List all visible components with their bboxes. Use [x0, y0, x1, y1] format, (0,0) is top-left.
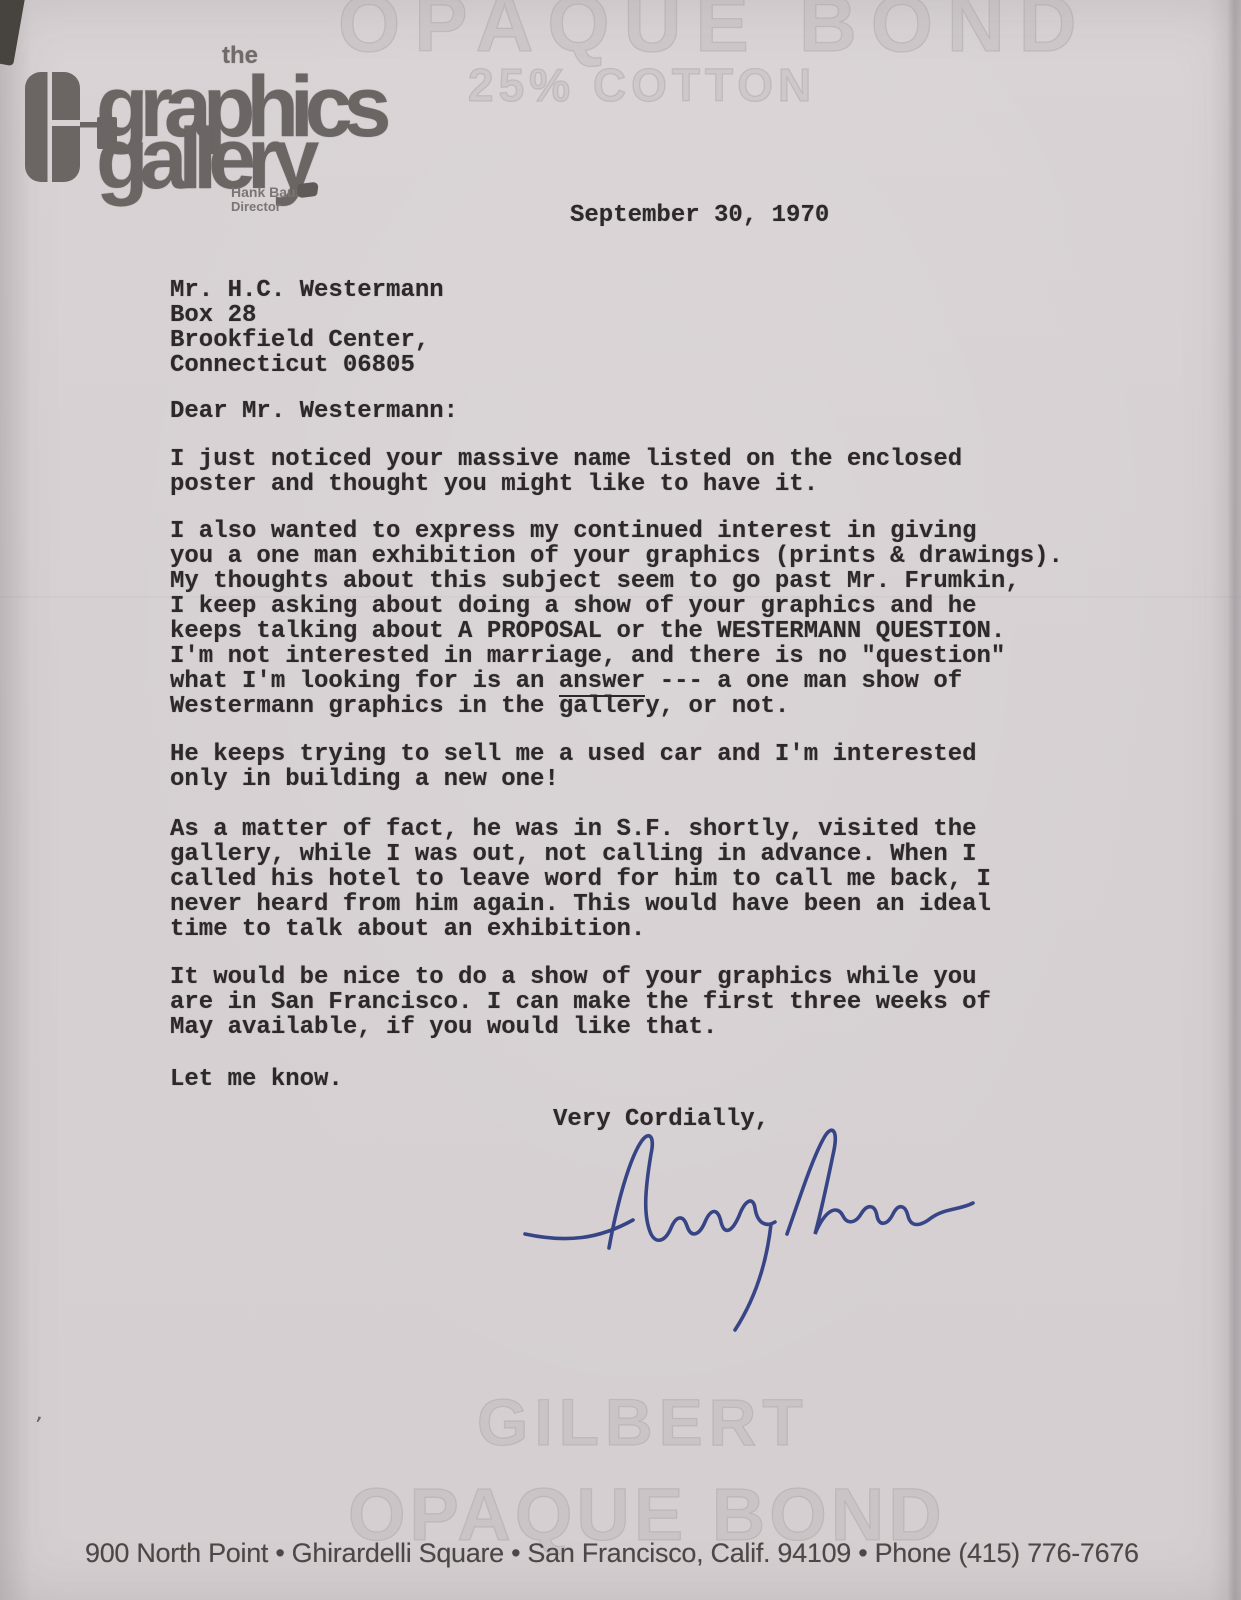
paragraph-5: It would be nice to do a show of your gr… [170, 965, 991, 1040]
sign-off-line: Let me know. [170, 1067, 343, 1092]
letterhead-director-title: Director [231, 199, 281, 214]
ink-speck: ’ [32, 1412, 43, 1441]
typed-line: what I'm looking for is an answer --- a … [170, 669, 1063, 694]
typed-line: time to talk about an exhibition. [170, 917, 991, 942]
typed-line: My thoughts about this subject seem to g… [170, 569, 1063, 594]
typed-line: I also wanted to express my continued in… [170, 519, 1063, 544]
paragraph-3: He keeps trying to sell me a used car an… [170, 742, 977, 792]
typed-line: gallery, while I was out, not calling in… [170, 842, 991, 867]
typed-line: keeps talking about A PROPOSAL or the WE… [170, 619, 1063, 644]
typed-line: I'm not interested in marriage, and ther… [170, 644, 1063, 669]
letter-page: OPAQUE BOND 25% COTTON GILBERT OPAQUE BO… [0, 0, 1241, 1600]
paragraph-2: I also wanted to express my continued in… [170, 519, 1063, 719]
recipient-address: Mr. H.C. WestermannBox 28Brookfield Cent… [170, 278, 444, 378]
typed-line: As a matter of fact, he was in S.F. shor… [170, 817, 991, 842]
typed-line: It would be nice to do a show of your gr… [170, 965, 991, 990]
footer-address: 900 North Point • Ghirardelli Square • S… [85, 1538, 1139, 1569]
scan-corner-artifact [0, 0, 27, 66]
salutation: Dear Mr. Westermann: [170, 399, 458, 424]
typed-line: Mr. H.C. Westermann [170, 278, 444, 303]
typed-line: never heard from him again. This would h… [170, 892, 991, 917]
watermark-cotton: 25% COTTON [468, 58, 816, 112]
paper-crease-horizontal [0, 596, 1241, 599]
typed-line: Brookfield Center, [170, 328, 444, 353]
letterhead-ink-blob [296, 182, 319, 199]
letter-date: September 30, 1970 [570, 203, 829, 228]
paragraph-1: I just noticed your massive name listed … [170, 447, 962, 497]
typed-line: I just noticed your massive name listed … [170, 447, 962, 472]
typed-line: are in San Francisco. I can make the fir… [170, 990, 991, 1015]
typed-line: May available, if you would like that. [170, 1015, 991, 1040]
typed-line: He keeps trying to sell me a used car an… [170, 742, 977, 767]
typed-line: called his hotel to leave word for him t… [170, 867, 991, 892]
paragraph-4: As a matter of fact, he was in S.F. shor… [170, 817, 991, 942]
typed-line: Box 28 [170, 303, 444, 328]
typed-line: only in building a new one! [170, 767, 977, 792]
watermark-gilbert: GILBERT [477, 1384, 809, 1460]
typed-line: poster and thought you might like to hav… [170, 472, 962, 497]
handwritten-signature [515, 1112, 985, 1337]
typed-line: you a one man exhibition of your graphic… [170, 544, 1063, 569]
typed-line: Connecticut 06805 [170, 353, 444, 378]
paper-crease-right [1227, 0, 1241, 1600]
typed-line: Westermann graphics in the gallery, or n… [170, 694, 1063, 719]
